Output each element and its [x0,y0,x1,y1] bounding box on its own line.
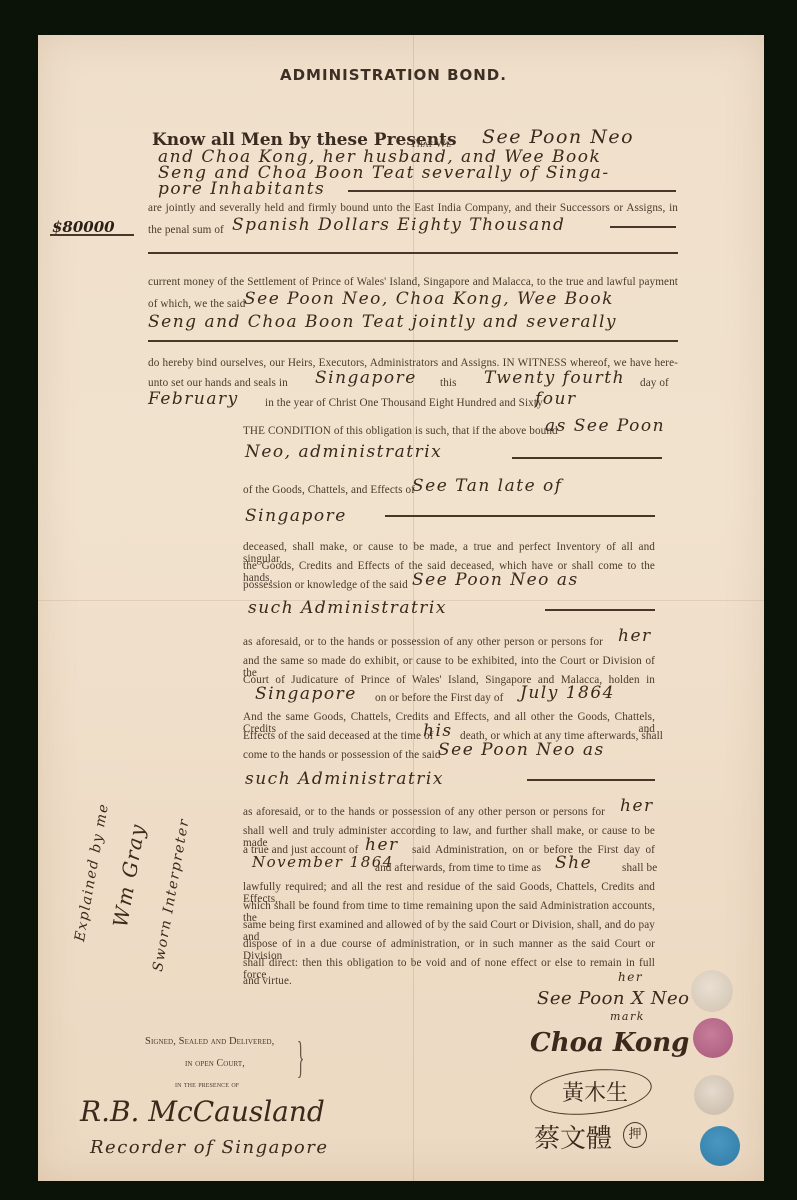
attest-brace: } [297,1036,304,1080]
signature-choa-kong: Choa Kong [530,1028,689,1058]
mark-above: her [618,970,643,984]
fill-rule [610,226,676,228]
cond-p13-hand: her [365,835,399,855]
cond-p20: and virtue. [243,975,292,987]
wax-seal-2 [693,1018,733,1058]
cond-p4: as aforesaid, or to the hands or possess… [243,636,603,648]
this-label: this [440,377,457,389]
condition-bound-hand: as See Poon [545,416,665,436]
day-hand: Twenty fourth [484,368,625,388]
cond-p3-hand-2: such Administratrix [248,598,447,618]
bound-names-hand-1: See Poon Neo [482,126,634,148]
cond-p10-hand-2: such Administratrix [245,769,444,789]
cond-p3: possession or knowledge of the said [243,579,408,591]
penal-sum-value: Spanish Dollars Eighty Thousand [232,215,565,235]
mark-signature: See Poon X Neo [537,988,690,1009]
fill-rule [385,515,655,517]
year-line: in the year of Christ One Thousand Eight… [265,397,543,409]
cond-p7-hand: Singapore [255,684,357,704]
wax-seal-3 [694,1075,734,1115]
fill-rule [512,457,662,459]
year-hand: four [535,389,577,409]
fill-rule [545,609,655,611]
seals-prefix: unto set our hands and seals in [148,377,288,389]
chinese-signature-2: 蔡文體 [534,1118,612,1155]
day-of-label: day of [640,377,669,389]
deceased-hand: See Tan late of [412,476,563,496]
cond-p11-hand: her [620,796,654,816]
cond-p3-hand: See Poon Neo as [412,570,579,590]
cond-p13b: said Administration, on or before the Fi… [412,844,655,856]
witness-signature: R.B. McCausland [80,1095,325,1128]
condition-bound-hand-2: Neo, administratrix [245,442,442,462]
chinese-signature-1: 黃木生 [562,1076,628,1107]
fill-rule [527,779,655,781]
cond-p14a: and afterwards, from time to time as [375,862,541,874]
wax-seal-1 [691,970,733,1012]
month-hand: February [148,389,239,409]
cond-p9-hand: his [423,721,453,741]
attest-line-2: in open Court, [185,1058,245,1069]
deceased-hand-2: Singapore [245,506,347,526]
cond-p7-date: July 1864 [520,683,615,703]
fill-rule [148,252,678,254]
of-which-label: of which, we the said [148,298,245,310]
cond-p10-hand: See Poon Neo as [438,740,605,760]
cond-p4-hand: her [618,626,652,646]
cond-p9a: Effects of the said deceased at the time… [243,730,433,742]
cond-p7: on or before the First day of [375,692,503,704]
attest-line-3: in the presence of [175,1079,239,1089]
cond-p19: shall direct: then this obligation to be… [243,957,655,981]
goods-label: of the Goods, Chattels, and Effects of [243,484,415,496]
cond-p14b: shall be [622,862,657,874]
current-money-line: current money of the Settlement of Princ… [148,276,678,288]
document-title: ADMINISTRATION BOND. [280,66,507,84]
of-which-hand-1: See Poon Neo, Choa Kong, Wee Book [244,289,614,309]
mark-below: mark [610,1010,645,1023]
penal-sum-label: the penal sum of [148,224,224,236]
place-hand: Singapore [315,368,417,388]
fill-rule [148,340,678,342]
fill-rule [348,190,676,192]
condition-lead: THE CONDITION of this obligation is such… [243,425,558,437]
cond-p14-hand-2: She [555,853,592,873]
of-which-hand-2: Seng and Choa Boon Teat jointly and seve… [148,312,617,332]
attest-line-1: Signed, Sealed and Delivered, [145,1036,274,1047]
cond-p10: come to the hands or possession of the s… [243,749,441,761]
bound-line: are jointly and severally held and firml… [148,202,678,214]
bound-names-hand-4: pore Inhabitants [158,179,325,199]
cond-p14-hand: November 1864 [252,853,394,871]
wax-seal-4 [700,1126,740,1166]
margin-amount-underline [50,234,134,236]
chinese-stamp: 押 [623,1122,647,1148]
cond-p11: as aforesaid, or to the hands or possess… [243,806,605,818]
witness-title: Recorder of Singapore [90,1137,329,1158]
